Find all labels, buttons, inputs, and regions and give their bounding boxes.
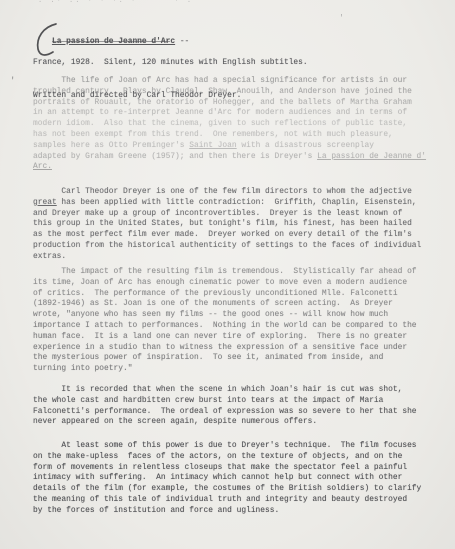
paragraph-film-impact: The impact of the resulting film is trem… — [33, 267, 437, 375]
scan-speck: ' — [339, 14, 344, 23]
paragraph-technique: At least some of this power is due to Dr… — [33, 441, 437, 517]
title-trailing-dash: -- — [175, 37, 189, 46]
film-credits-country-year: France, 1928. Silent, 120 minutes with E… — [33, 58, 437, 69]
paragraph-falconetti-anecdote: It is recorded that when the scene in wh… — [33, 385, 437, 428]
scanned-document-page: . .· .. · · ·. · · . ' ' La passion de J… — [0, 0, 455, 549]
paragraph-joan-history: The life of Joan of Arc has had a specia… — [33, 76, 437, 173]
film-title: La passion de Jeanne d'Arc — [52, 37, 175, 46]
film-title-line: La passion de Jeanne d'Arc -- — [52, 37, 189, 48]
cutoff-text-fragment: . .· .. · · ·. · · . — [38, 0, 193, 5]
margin-mark: ' — [10, 76, 15, 86]
paragraph-dreyer-reputation: Carl Theodor Dreyer is one of the few fi… — [33, 187, 437, 263]
